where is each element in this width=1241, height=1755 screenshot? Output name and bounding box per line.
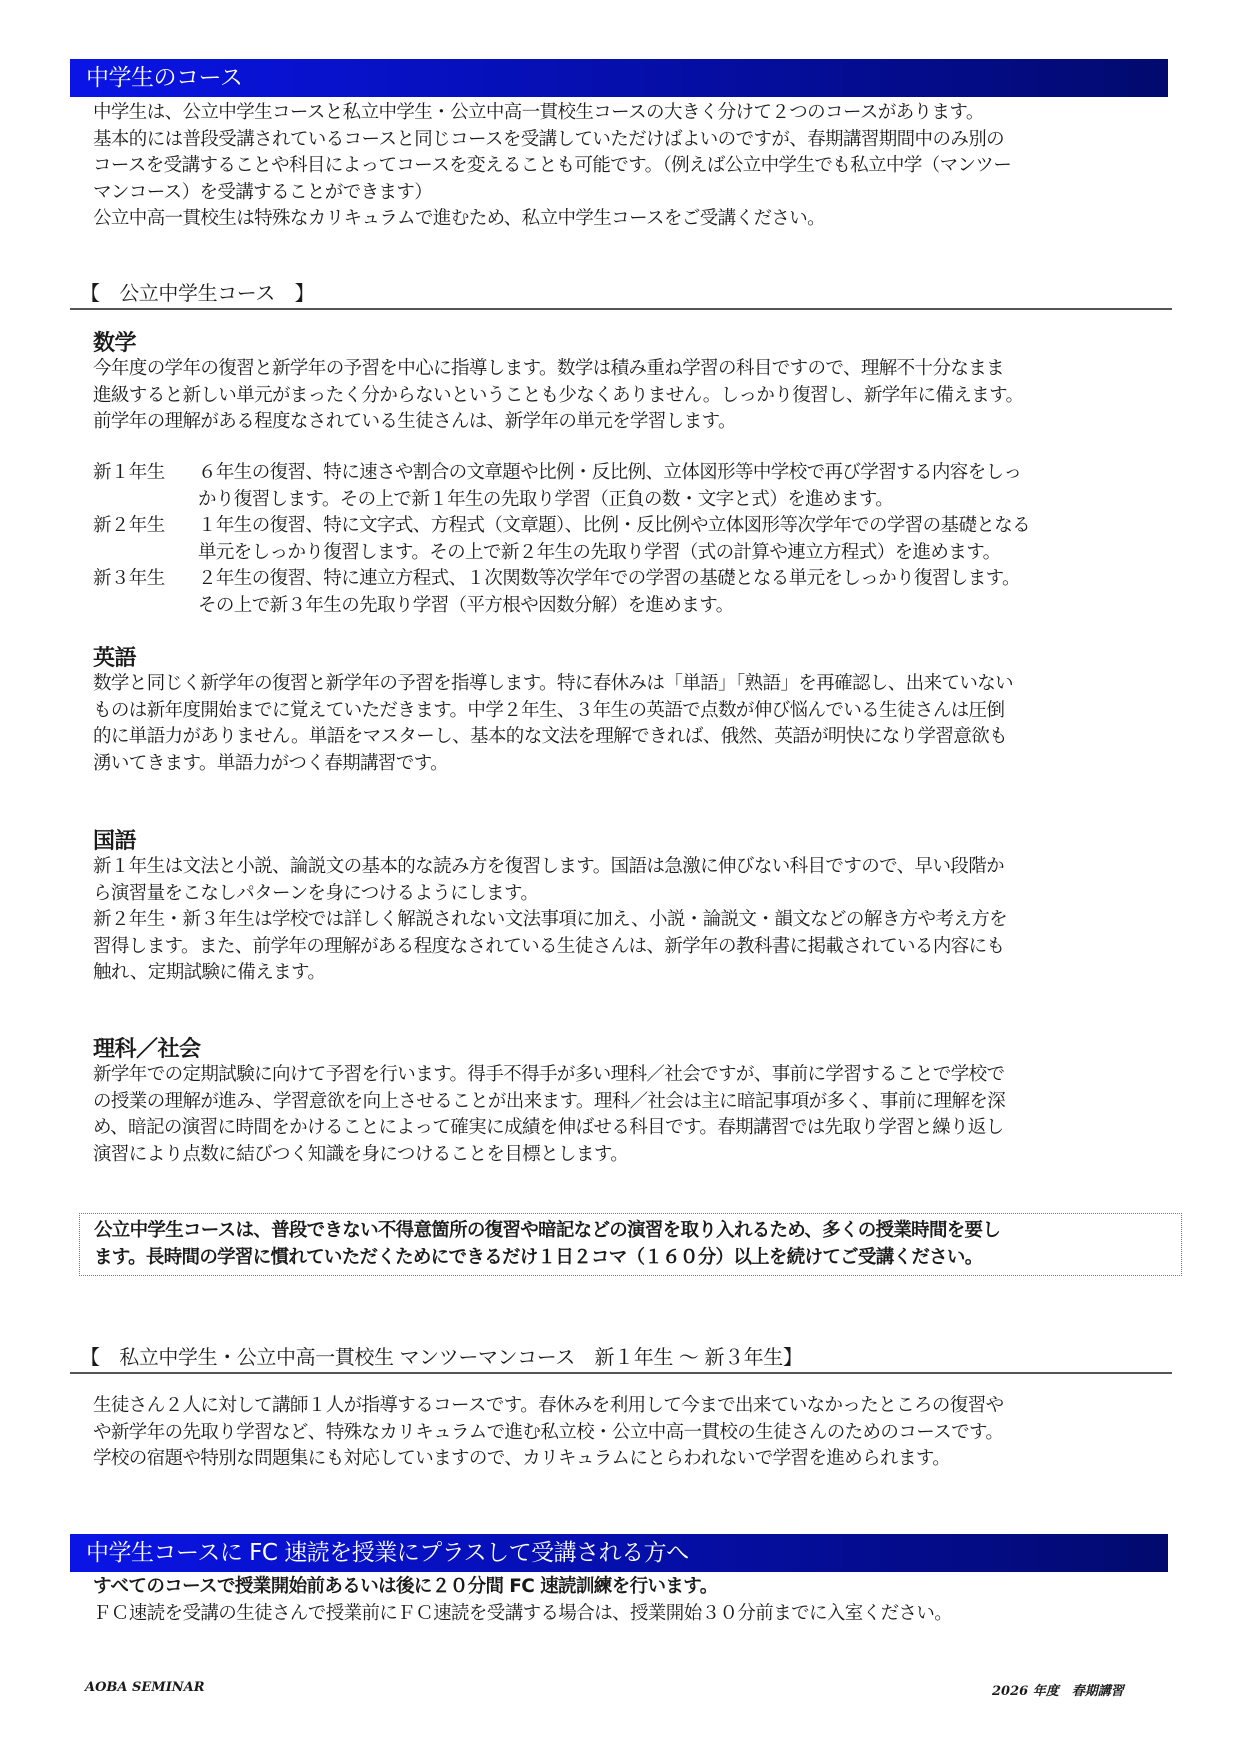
math-grade-list: 新１年生 ６年生の復習、特に速さや割合の文章題や比例・反比例、立体図形等中学校で… [93,460,1178,620]
text-line: かり復習します。その上で新１年生の先取り学習（正負の数・文字と式）を進めます。 [198,487,1178,514]
grade-text: ６年生の復習、特に速さや割合の文章題や比例・反比例、立体図形等中学校で再び学習す… [198,460,1178,513]
intro-paragraph: 中学生は、公立中学生コースと私立中学生・公立中高一貫校生コースの大きく分けて２つ… [93,100,1178,233]
text-line: 新２年生・新３年生は学校では詳しく解説されない文法事項に加え、小説・論説文・韻文… [93,907,1178,934]
text-line: 今年度の学年の復習と新学年の予習を中心に指導します。数学は積み重ね学習の科目です… [93,356,1178,383]
subject-title-science-social: 理科／社会 [93,1036,201,1064]
grade-label: 新３年生 [93,566,198,619]
text-line: 的に単語力がありません。単語をマスターし、基本的な文法を理解できれば、俄然、英語… [93,724,1178,751]
fc-bold-line: すべてのコースで授業開始前あるいは後に２０分間 FC 速読訓練を行います。 [93,1574,1178,1601]
notice-line: ます。長時間の学習に慣れていただくためにできるだけ１日２コマ（１６０分）以上を続… [94,1244,1181,1271]
text-line: 新学年での定期試験に向けて予習を行います。得手不得手が多い理科／社会ですが、事前… [93,1062,1178,1089]
grade-row-1: 新１年生 ６年生の復習、特に速さや割合の文章題や比例・反比例、立体図形等中学校で… [93,460,1178,513]
subject-title-math: 数学 [93,330,136,358]
section-heading-text: 【 私立中学生・公立中高一貫校生 マンツーマンコース 新１年生 ～ 新３年生】 [70,1345,802,1369]
text-line: 進級すると新しい単元がまったく分からないということも少なくありません。しっかり復… [93,383,1178,410]
text-line: 単元をしっかり復習します。その上で新２年生の先取り学習（式の計算や連立方程式）を… [198,540,1178,567]
private-course-heading: 【 私立中学生・公立中高一貫校生 マンツーマンコース 新１年生 ～ 新３年生】 [70,1342,1172,1374]
text-line: ６年生の復習、特に速さや割合の文章題や比例・反比例、立体図形等中学校で再び学習す… [198,460,1178,487]
grade-text: １年生の復習、特に文字式、方程式（文章題）、比例・反比例や立体図形等次学年での学… [198,513,1178,566]
intro-line: マンコース）を受講することができます） [93,180,1178,207]
text-line: 新１年生は文法と小説、論説文の基本的な読み方を復習します。国語は急激に伸びない科… [93,854,1178,881]
text-line: １年生の復習、特に文字式、方程式（文章題）、比例・反比例や立体図形等次学年での学… [198,513,1178,540]
text-line: ものは新年度開始までに覚えていただきます。中学２年生、３年生の英語で点数が伸び悩… [93,698,1178,725]
english-description: 数学と同じく新学年の復習と新学年の予習を指導します。特に春休みは「単語」「熟語」… [93,671,1178,777]
text-line: や新学年の先取り学習など、特殊なカリキュラムで進む私立校・公立中高一貫校の生徒さ… [93,1420,1178,1447]
text-line: 習得します。また、前学年の理解がある程度なされている生徒さんは、新学年の教科書に… [93,934,1178,961]
notice-line: 公立中学生コースは、普段できない不得意箇所の復習や暗記などの演習を取り入れるため… [94,1217,1181,1244]
text-line: 学校の宿題や特別な問題集にも対応していますので、カリキュラムにとらわれないで学習… [93,1446,1178,1473]
text-line: 触れ、定期試験に備えます。 [93,960,1178,987]
footer-term: 2026 年度 春期講習 [992,1680,1124,1699]
text-line: 前学年の理解がある程度なされている生徒さんは、新学年の単元を学習します。 [93,409,1178,436]
grade-label: 新１年生 [93,460,198,513]
text-line: の授業の理解が進み、学習意欲を向上させることが出来ます。理科／社会は主に暗記事項… [93,1089,1178,1116]
subject-title-english: 英語 [93,645,136,673]
private-course-description: 生徒さん２人に対して講師１人が指導するコースです。春休みを利用して今まで出来てい… [93,1393,1178,1473]
public-course-heading: 【 公立中学生コース 】 [70,278,1172,310]
grade-label: 新２年生 [93,513,198,566]
section-heading-text: 【 公立中学生コース 】 [70,281,314,305]
text-line: 生徒さん２人に対して講師１人が指導するコースです。春休みを利用して今まで出来てい… [93,1393,1178,1420]
text-line: 湧いてきます。単語力がつく春期講習です。 [93,751,1178,778]
science-social-description: 新学年での定期試験に向けて予習を行います。得手不得手が多い理科／社会ですが、事前… [93,1062,1178,1168]
text-line: 数学と同じく新学年の復習と新学年の予習を指導します。特に春休みは「単語」「熟語」… [93,671,1178,698]
footer-brand: AOBA SEMINAR [85,1680,205,1695]
math-description: 今年度の学年の復習と新学年の予習を中心に指導します。数学は積み重ね学習の科目です… [93,356,1178,436]
text-line: その上で新３年生の先取り学習（平方根や因数分解）を進めます。 [198,593,1178,620]
subject-title-japanese: 国語 [93,828,136,856]
fc-description: すべてのコースで授業開始前あるいは後に２０分間 FC 速読訓練を行います。 ＦＣ… [93,1574,1178,1627]
grade-row-2: 新２年生 １年生の復習、特に文字式、方程式（文章題）、比例・反比例や立体図形等次… [93,513,1178,566]
intro-line: 中学生は、公立中学生コースと私立中学生・公立中高一貫校生コースの大きく分けて２つ… [93,100,1178,127]
intro-line: 基本的には普段受講されているコースと同じコースを受講していただけばよいのですが、… [93,127,1178,154]
fc-line: ＦＣ速読を受講の生徒さんで授業前にＦＣ速読を受講する場合は、授業開始３０分前まで… [93,1601,1178,1628]
text-line: ら演習量をこなしパターンを身につけるようにします。 [93,881,1178,908]
section-banner-fc-sokudoku: 中学生コースに FC 速読を授業にプラスして受講される方へ [70,1534,1168,1572]
grade-text: ２年生の復習、特に連立方程式、１次関数等次学年での学習の基礎となる単元をしっかり… [198,566,1178,619]
text-line: 演習により点数に結びつく知識を身につけることを目標とします。 [93,1142,1178,1169]
notice-box: 公立中学生コースは、普段できない不得意箇所の復習や暗記などの演習を取り入れるため… [79,1213,1182,1276]
section-banner-junior-courses: 中学生のコース [70,59,1168,97]
intro-line: コースを受講することや科目によってコースを変えることも可能です。（例えば公立中学… [93,153,1178,180]
text-line: め、暗記の演習に時間をかけることによって確実に成績を伸ばせる科目です。春期講習で… [93,1115,1178,1142]
intro-line: 公立中高一貫校生は特殊なカリキュラムで進むため、私立中学生コースをご受講ください… [93,206,1178,233]
text-line: ２年生の復習、特に連立方程式、１次関数等次学年での学習の基礎となる単元をしっかり… [198,566,1178,593]
grade-row-3: 新３年生 ２年生の復習、特に連立方程式、１次関数等次学年での学習の基礎となる単元… [93,566,1178,619]
banner-title: 中学生のコース [86,65,242,91]
banner-title: 中学生コースに FC 速読を授業にプラスして受講される方へ [86,1540,689,1566]
japanese-description: 新１年生は文法と小説、論説文の基本的な読み方を復習します。国語は急激に伸びない科… [93,854,1178,987]
